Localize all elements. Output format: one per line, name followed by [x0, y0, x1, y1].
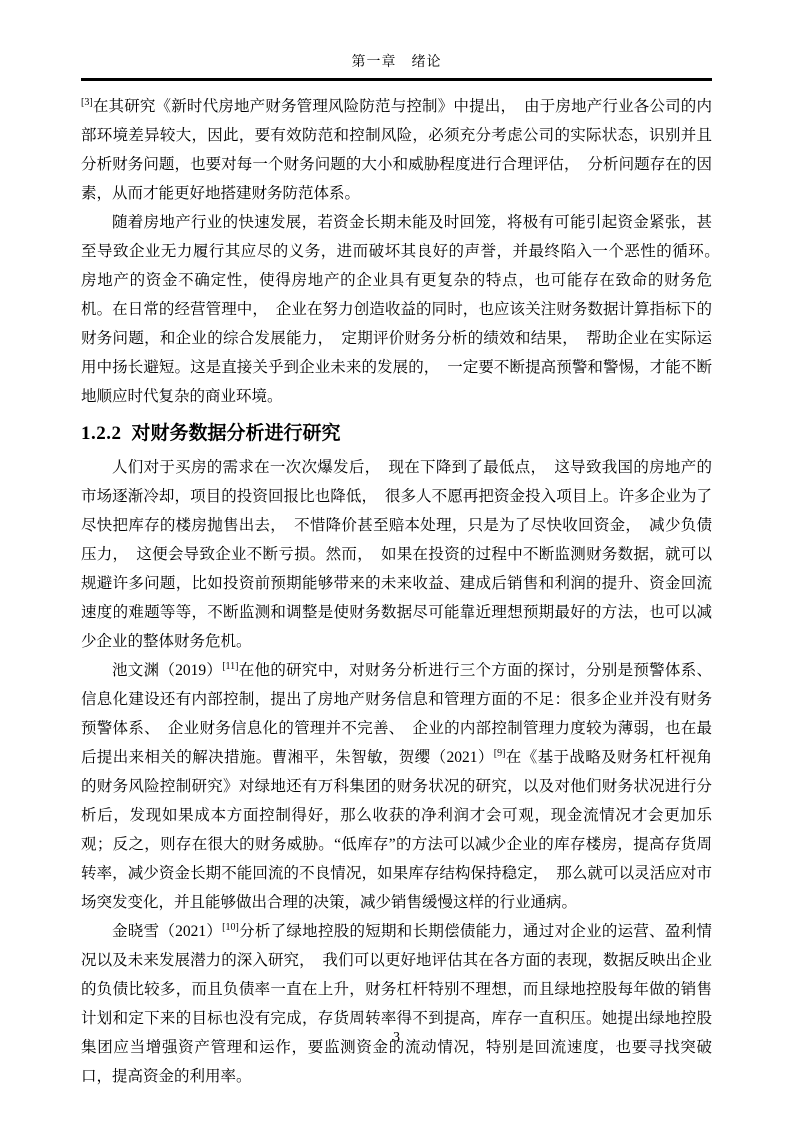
- citation-ref: [10]: [222, 922, 239, 933]
- citation-ref: [9]: [494, 748, 506, 759]
- paragraph: 池文渊（2019）[11]在他的研究中，对财务分析进行三个方面的探讨，分别是预警…: [81, 656, 712, 917]
- paragraph: 随着房地产行业的快速发展，若资金长期未能及时回笼，将极有可能引起资金紧张，甚至导…: [81, 208, 712, 411]
- chapter-title: 第一章 绪论: [352, 55, 442, 70]
- paragraph: 人们对于买房的需求在一次次爆发后， 现在下降到了最低点， 这导致我国的房地产的市…: [81, 453, 712, 656]
- paragraph: [3]在其研究《新时代房地产财务管理风险防范与控制》中提出， 由于房地产行业各公…: [81, 92, 712, 208]
- text-run: 池文渊（2019）: [112, 662, 222, 679]
- section-title: 对财务数据分析进行研究: [132, 423, 341, 444]
- text-run: 分析了绿地控股的短期和长期偿债能力，通过对企业的运营、盈利情况以及未来发展潜力的…: [81, 923, 712, 1085]
- text-run: 人们对于买房的需求在一次次爆发后， 现在下降到了最低点， 这导致我国的房地产的市…: [81, 459, 712, 650]
- paragraph: 金晓雪（2021）[10]分析了绿地控股的短期和长期偿债能力，通过对企业的运营、…: [81, 917, 712, 1091]
- page-number: 3: [393, 1030, 400, 1045]
- section-number: 1.2.2: [81, 423, 122, 444]
- text-run: 在《基于战略及财务杠杆视角的财务风险控制研究》对绿地还有万科集团的财务状况的研究…: [81, 749, 712, 911]
- document-page: 第一章 绪论 [3]在其研究《新时代房地产财务管理风险防范与控制》中提出， 由于…: [0, 0, 793, 1122]
- section-heading: 1.2.2对财务数据分析进行研究: [81, 420, 712, 448]
- text-run: 在其研究《新时代房地产财务管理风险防范与控制》中提出， 由于房地产行业各公司的内…: [81, 98, 712, 202]
- page-footer: 3: [0, 1030, 793, 1046]
- citation-ref: [11]: [222, 661, 238, 672]
- text-run: 随着房地产行业的快速发展，若资金长期未能及时回笼，将极有可能引起资金紧张，甚至导…: [81, 214, 728, 405]
- citation-ref: [3]: [81, 97, 93, 108]
- text-run: 金晓雪（2021）: [112, 923, 222, 940]
- document-body: [3]在其研究《新时代房地产财务管理风险防范与控制》中提出， 由于房地产行业各公…: [81, 92, 712, 1091]
- page-header: 第一章 绪论: [81, 0, 712, 81]
